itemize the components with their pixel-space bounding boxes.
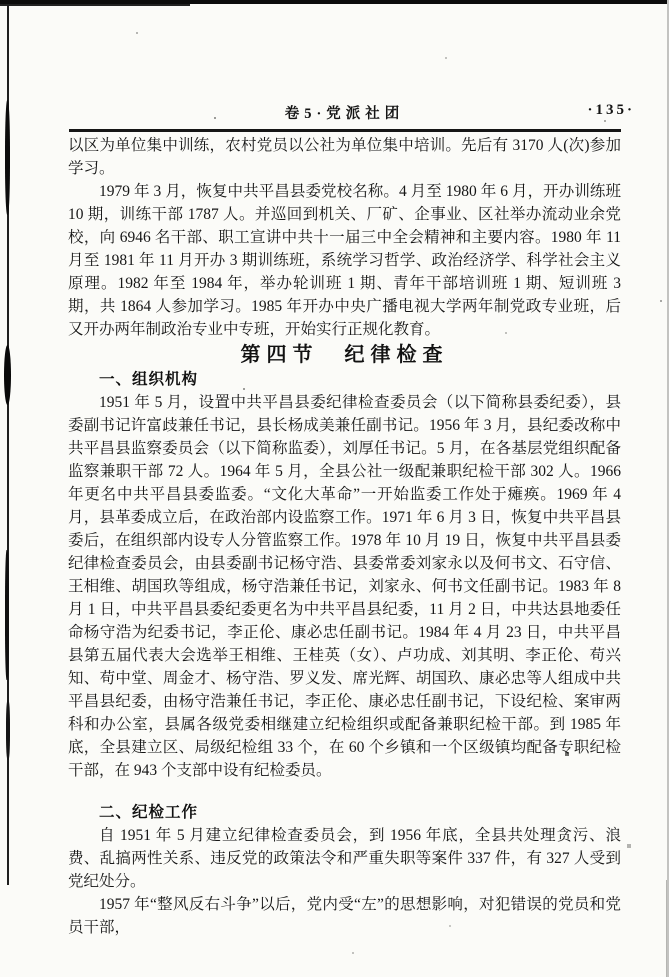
subsection-heading-organization: 一、组织机构	[68, 369, 621, 391]
section-title: 第四节 纪律检查	[68, 341, 621, 369]
paragraph-discipline-1957: 1957 年“整风反右斗争”以后，党内受“左”的思想影响，对犯错误的党员和党员干…	[68, 893, 621, 939]
book-page: 卷5·党派社团 ·135· 以区为单位集中训练，农村党员以公社为单位集中培训。先…	[0, 0, 669, 977]
paragraph-discipline-cases: 自 1951 年 5 月建立纪律检查委员会，到 1956 年底，全县共处理贪污、…	[68, 824, 621, 893]
running-head: 卷5·党派社团 ·135·	[68, 102, 621, 122]
scan-right-edge-shadow	[666, 880, 667, 977]
paragraph-party-school: 1979 年 3 月，恢复中共平昌县委党校名称。4 月至 1980 年 6 月，…	[68, 180, 621, 341]
binding-shadow-blob	[6, 700, 10, 760]
paragraph-organization: 1951 年 5 月，设置中共平昌县委纪律检查委员会（以下简称县委纪委），县委副…	[68, 391, 621, 782]
paragraph-continuation: 以区为单位集中训练，农村党员以公社为单位集中培训。先后有 3170 人(次)参加…	[68, 134, 621, 180]
scan-specks	[0, 0, 2, 2]
binding-shadow-blob	[5, 100, 10, 215]
scan-top-edge-shadow	[0, 4, 190, 6]
subsection-heading-discipline-work: 二、纪检工作	[68, 802, 621, 824]
running-title: 卷5·党派社团	[68, 102, 621, 123]
header-rule	[69, 129, 621, 132]
binding-shadow-blob	[5, 550, 9, 680]
page-number: ·135·	[587, 102, 635, 119]
page-content: 以区为单位集中训练，农村党员以公社为单位集中培训。先后有 3170 人(次)参加…	[68, 134, 621, 939]
binding-shadow-blob	[4, 345, 11, 405]
